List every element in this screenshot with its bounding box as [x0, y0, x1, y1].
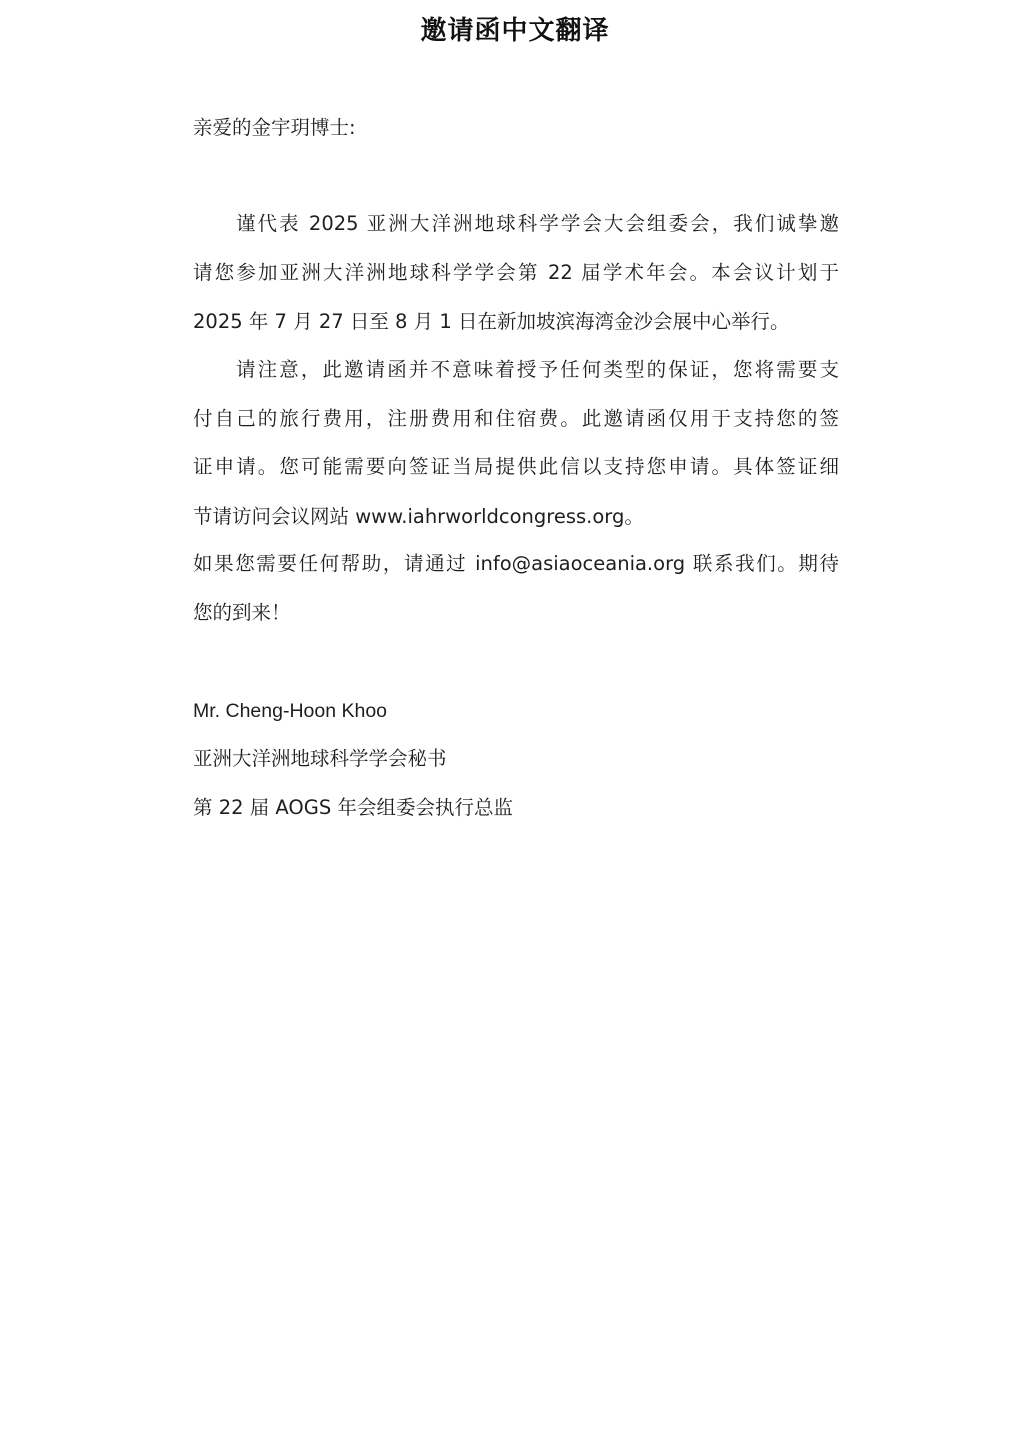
paragraph-3-line-1-contact: 如果您需要任何帮助，请通过 info@asiaoceania.org 联系我们。… [193, 550, 839, 578]
paragraph-3-line-2: 您的到来！ [193, 599, 839, 627]
document-title: 邀请函中文翻译 [0, 10, 1024, 47]
paragraph-1-line-2: 请您参加亚洲大洋洲地球科学学会第 22 届学术年会。本会议计划于 [193, 259, 839, 287]
signature-position: 第 22 届 AOGS 年会组委会执行总监 [193, 794, 839, 822]
signature-name: Mr. Cheng-Hoon Khoo [193, 697, 839, 725]
paragraph-2-line-4-website: 节请访问会议网站 www.iahrworldcongress.org。 [193, 503, 839, 531]
paragraph-2-line-3: 证申请。您可能需要向签证当局提供此信以支持您申请。具体签证细 [193, 453, 839, 481]
salutation: 亲爱的金宇玥博士: [193, 114, 839, 142]
paragraph-2-line-2: 付自己的旅行费用，注册费用和住宿费。此邀请函仅用于支持您的签 [193, 405, 839, 433]
signature-role: 亚洲大洋洲地球科学学会秘书 [193, 745, 839, 773]
paragraph-2-line-1: 请注意，此邀请函并不意味着授予任何类型的保证，您将需要支 [236, 356, 839, 384]
paragraph-1-line-1: 谨代表 2025 亚洲大洋洲地球科学学会大会组委会，我们诚挚邀 [236, 210, 839, 238]
paragraph-1-line-3: 2025 年 7 月 27 日至 8 月 1 日在新加坡滨海湾金沙会展中心举行。 [193, 308, 839, 336]
document-page: 邀请函中文翻译 亲爱的金宇玥博士: 谨代表 2025 亚洲大洋洲地球科学学会大会… [0, 0, 1024, 1448]
